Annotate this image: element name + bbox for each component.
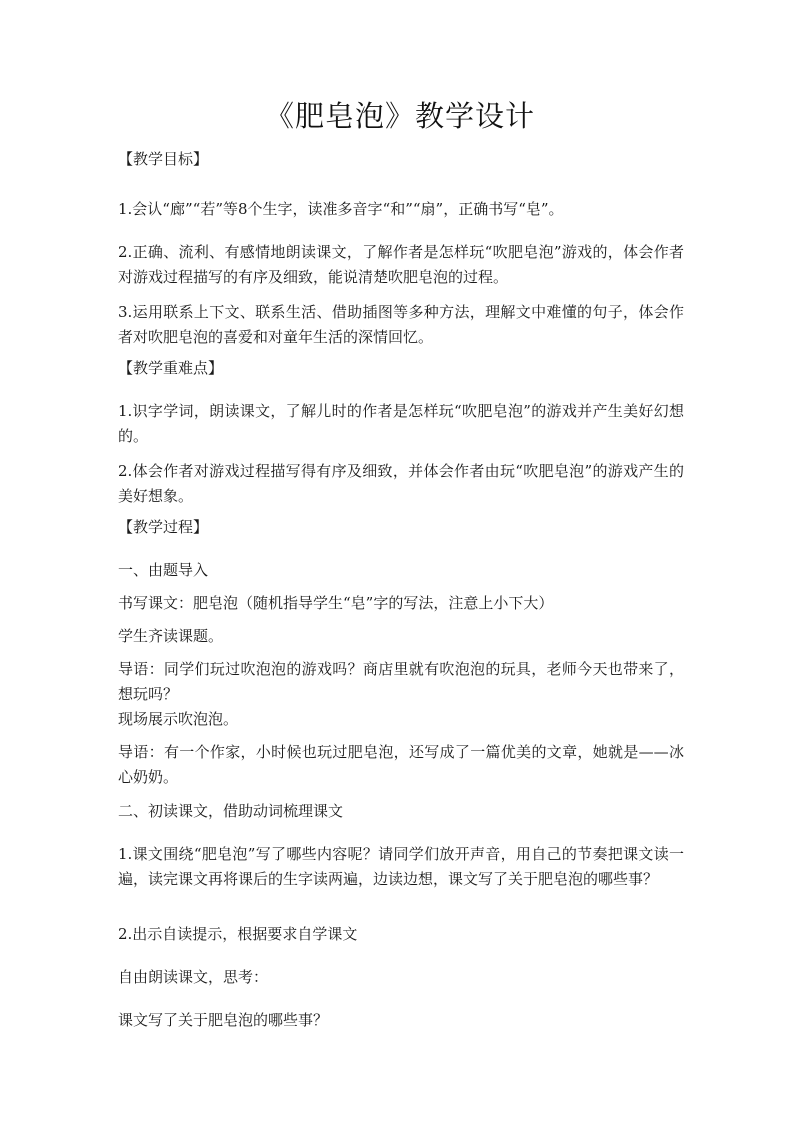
section-heading-key-points: 【教学重难点】	[118, 356, 684, 381]
process-part2-line-3: 自由朗读课文，思考：	[118, 965, 684, 990]
process-part1-line-5: 导语：有一个作家，小时候也玩过肥皂泡，还写成了一篇优美的文章，她就是——冰心奶奶…	[118, 740, 684, 790]
process-part2-heading: 二、初读课文，借助动词梳理课文	[118, 799, 684, 824]
process-part1-line-3: 导语：同学们玩过吹泡泡的游戏吗？商店里就有吹泡泡的玩具，老师今天也带来了，想玩吗…	[118, 657, 684, 707]
section-heading-process: 【教学过程】	[118, 515, 684, 540]
key-point-item-1: 1.识字学词，朗读课文，了解儿时的作者是怎样玩“吹肥皂泡”的游戏并产生美好幻想的…	[118, 399, 684, 449]
process-part2-line-1: 1.课文围绕“肥皂泡”写了哪些内容呢？请同学们放开声音，用自己的节奏把课文读一遍…	[118, 842, 684, 892]
process-part2-line-4: 课文写了关于肥皂泡的哪些事？	[118, 1008, 684, 1033]
section-heading-goals: 【教学目标】	[118, 147, 684, 172]
document-page: 《肥皂泡》教学设计 【教学目标】 1.会认“廊”“若”等8个生字，读准多音字“和…	[0, 0, 800, 1131]
key-point-item-2: 2.体会作者对游戏过程描写得有序及细致，并体会作者由玩“吹肥皂泡”的游戏产生的美…	[118, 459, 684, 509]
process-part1-line-4: 现场展示吹泡泡。	[118, 707, 684, 732]
process-part2-line-2: 2.出示自读提示，根据要求自学课文	[118, 922, 684, 947]
process-part1-line-1: 书写课文：肥皂泡（随机指导学生“皂”字的写法，注意上小下大）	[118, 591, 684, 616]
document-title: 《肥皂泡》教学设计	[0, 96, 800, 136]
goal-item-2: 2.正确、流利、有感情地朗读课文，了解作者是怎样玩“吹肥皂泡”游戏的，体会作者对…	[118, 240, 684, 290]
goal-item-3: 3.运用联系上下文、联系生活、借助插图等多种方法，理解文中难懂的句子，体会作者对…	[118, 300, 684, 350]
goal-item-1: 1.会认“廊”“若”等8个生字，读准多音字“和”“扇”，正确书写“皂”。	[118, 197, 684, 222]
process-part1-line-2: 学生齐读课题。	[118, 624, 684, 649]
process-part1-heading: 一、由题导入	[118, 558, 684, 583]
